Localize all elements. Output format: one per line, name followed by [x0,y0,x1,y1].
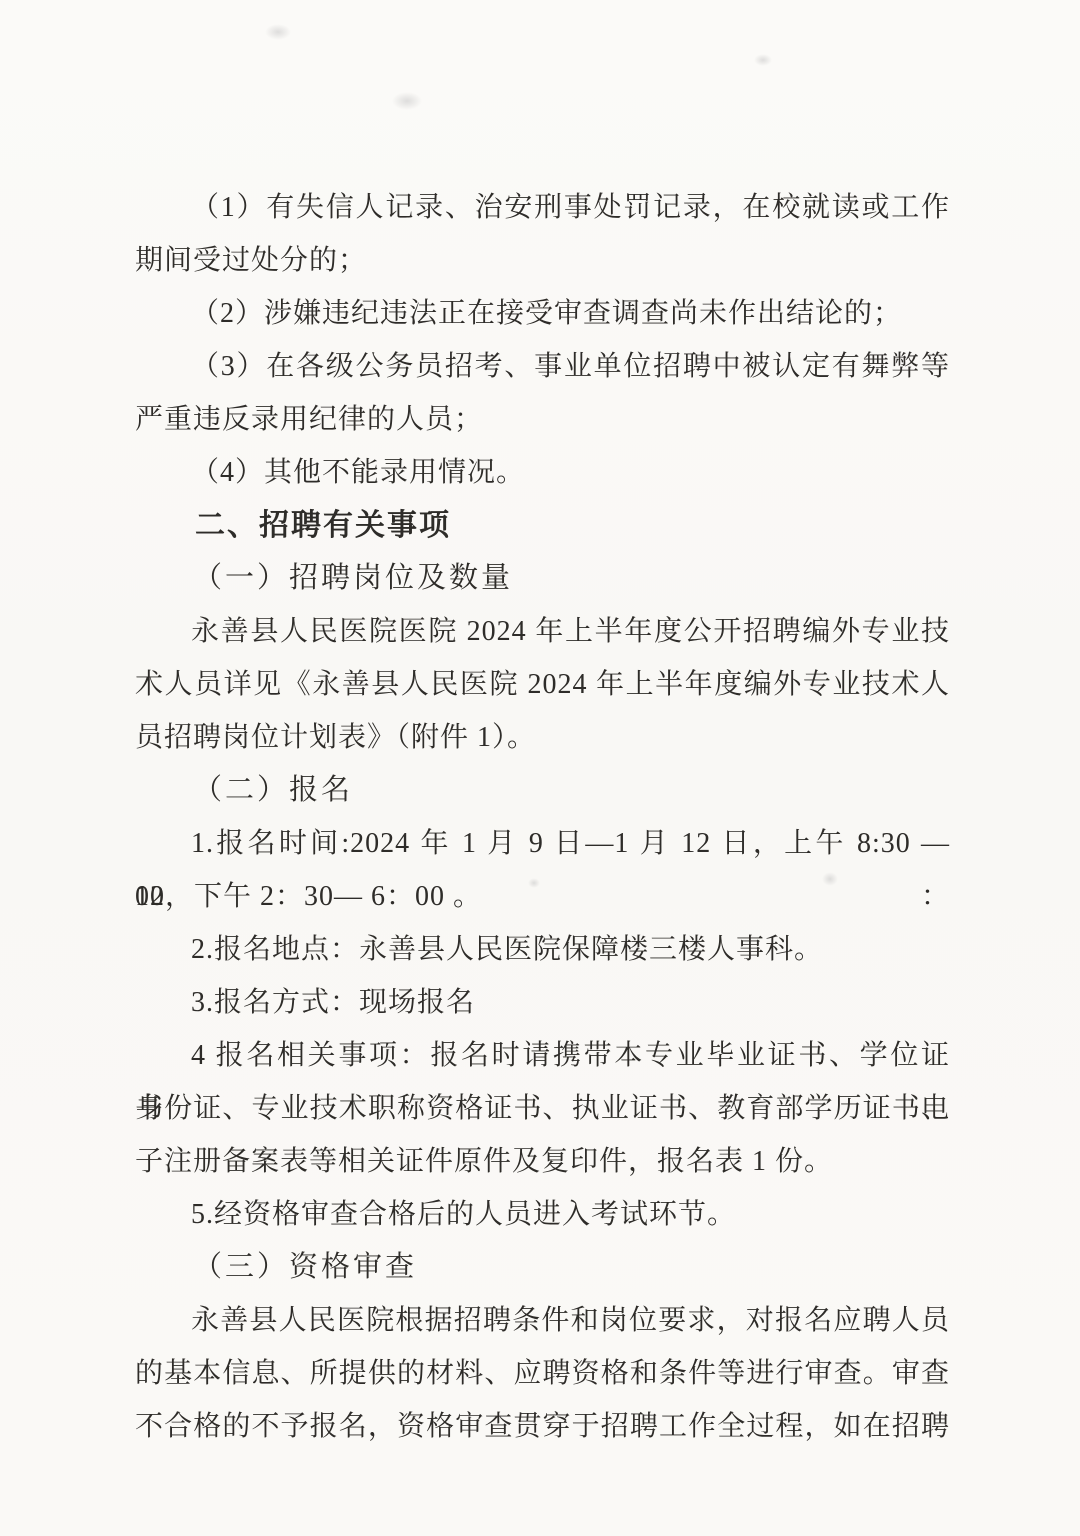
document-line: 2.报名地点：永善县人民医院保障楼三楼人事科。 [135,923,950,976]
subsection-heading-positions-and-quantity: （一）招聘岗位及数量 [135,552,950,605]
document-line: 1.报名时间:2024 年 1 月 9 日—1 月 12 日，上午 8:30 —… [135,817,950,870]
document-line: 子注册备案表等相关证件原件及复印件，报名表 1 份。 [135,1135,950,1188]
registration-location: 2.报名地点：永善县人民医院保障楼三楼人事科。 [135,923,950,976]
document-line: 严重违反录用纪律的人员； [135,393,950,446]
qualification-review-body: 永善县人民医院根据招聘条件和岗位要求，对报名应聘人员 的基本信息、所提供的材料、… [135,1294,950,1453]
subsection-heading-qualification-review: （三）资格审查 [135,1241,950,1294]
registration-method: 3.报名方式：现场报名 [135,976,950,1029]
disqualification-item-1: （1）有失信人记录、治安刑事处罚记录，在校就读或工作 期间受过处分的； [135,181,950,287]
registration-materials: 4 报名相关事项：报名时请携带本专业毕业证书、学位证书、 身份证、专业技术职称资… [135,1029,950,1188]
subsection-heading: （三）资格审查 [135,1241,950,1294]
subsection-heading-registration: （二）报名 [135,764,950,817]
document-line: （2）涉嫌违纪违法正在接受审查调查尚未作出结论的； [135,287,950,340]
positions-body: 永善县人民医院医院 2024 年上半年度公开招聘编外专业技 术人员详见《永善县人… [135,605,950,764]
scanned-document-page: （1）有失信人记录、治安刑事处罚记录，在校就读或工作 期间受过处分的； （2）涉… [0,0,1080,1536]
document-text-block: （1）有失信人记录、治安刑事处罚记录，在校就读或工作 期间受过处分的； （2）涉… [135,181,950,1453]
document-line: 期间受过处分的； [135,234,950,287]
registration-exam-note: 5.经资格审查合格后的人员进入考试环节。 [135,1188,950,1241]
document-line: 员招聘岗位计划表》（附件 1）。 [135,711,950,764]
document-line: 永善县人民医院医院 2024 年上半年度公开招聘编外专业技 [135,605,950,658]
document-line: 永善县人民医院根据招聘条件和岗位要求，对报名应聘人员 [135,1294,950,1347]
registration-time: 1.报名时间:2024 年 1 月 9 日—1 月 12 日，上午 8:30 —… [135,817,950,923]
disqualification-item-4: （4）其他不能录用情况。 [135,446,950,499]
document-line: 身份证、专业技术职称资格证书、执业证书、教育部学历证书电 [135,1082,950,1135]
scan-smudge [265,24,291,40]
document-line: 5.经资格审查合格后的人员进入考试环节。 [135,1188,950,1241]
document-line: 术人员详见《永善县人民医院 2024 年上半年度编外专业技术人 [135,658,950,711]
section-heading-recruitment-matters: 二、招聘有关事项 [135,499,950,552]
document-line: 不合格的不予报名，资格审查贯穿于招聘工作全过程，如在招聘 [135,1400,950,1453]
scan-smudge [754,54,772,66]
document-line: 的基本信息、所提供的材料、应聘资格和条件等进行审查。审查 [135,1347,950,1400]
subsection-heading: （二）报名 [135,764,950,817]
document-line: 4 报名相关事项：报名时请携带本专业毕业证书、学位证书、 [135,1029,950,1082]
document-line: （4）其他不能录用情况。 [135,446,950,499]
disqualification-item-3: （3）在各级公务员招考、事业单位招聘中被认定有舞弊等 严重违反录用纪律的人员； [135,340,950,446]
document-line: （1）有失信人记录、治安刑事处罚记录，在校就读或工作 [135,181,950,234]
document-line: （3）在各级公务员招考、事业单位招聘中被认定有舞弊等 [135,340,950,393]
subsection-heading: （一）招聘岗位及数量 [135,552,950,605]
document-line: 3.报名方式：现场报名 [135,976,950,1029]
scan-smudge [392,92,422,110]
disqualification-item-2: （2）涉嫌违纪违法正在接受审查调查尚未作出结论的； [135,287,950,340]
section-heading: 二、招聘有关事项 [135,499,950,552]
